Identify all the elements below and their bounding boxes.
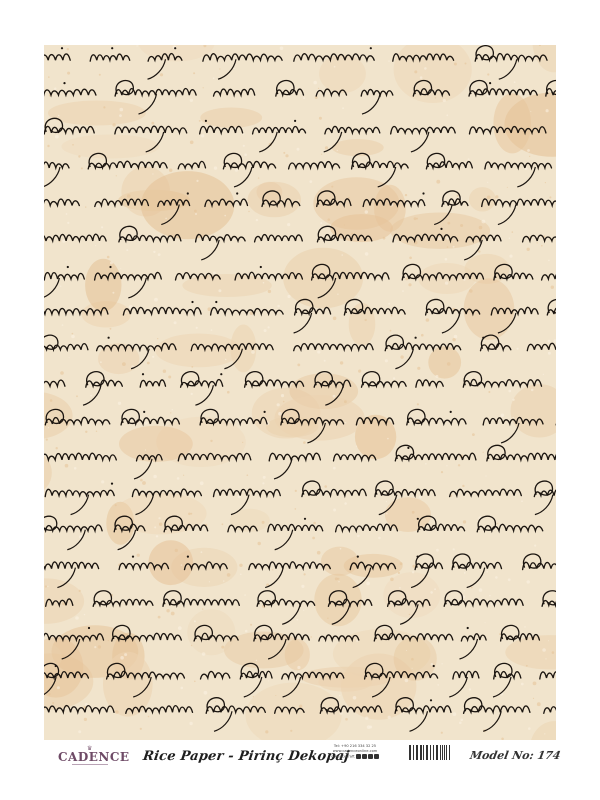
youtube-icon: [368, 754, 373, 759]
model-number: Model No: 174: [469, 749, 562, 762]
crown-icon: ♛: [87, 745, 92, 752]
product-name: Rice Paper - Pirinç Dekopaj: [142, 749, 350, 764]
barcode: [408, 745, 452, 763]
cadence-logo: ♛ CADENCE: [58, 748, 122, 766]
product-footer: ♛ CADENCE Rice Paper - Pirinç Dekopaj Te…: [0, 740, 600, 800]
handwritten-script: [44, 45, 556, 740]
logo-underline: [72, 764, 108, 765]
pinterest-icon: [374, 754, 379, 759]
instagram-icon: [356, 754, 361, 759]
social-handle: cadencecraft: [331, 755, 354, 759]
rice-paper-sheet: [44, 45, 556, 740]
facebook-icon: [362, 754, 367, 759]
contact-block: Tel: +90 216 334 32 25 www.cadenceonline…: [322, 744, 388, 760]
social-icons: [356, 754, 379, 759]
